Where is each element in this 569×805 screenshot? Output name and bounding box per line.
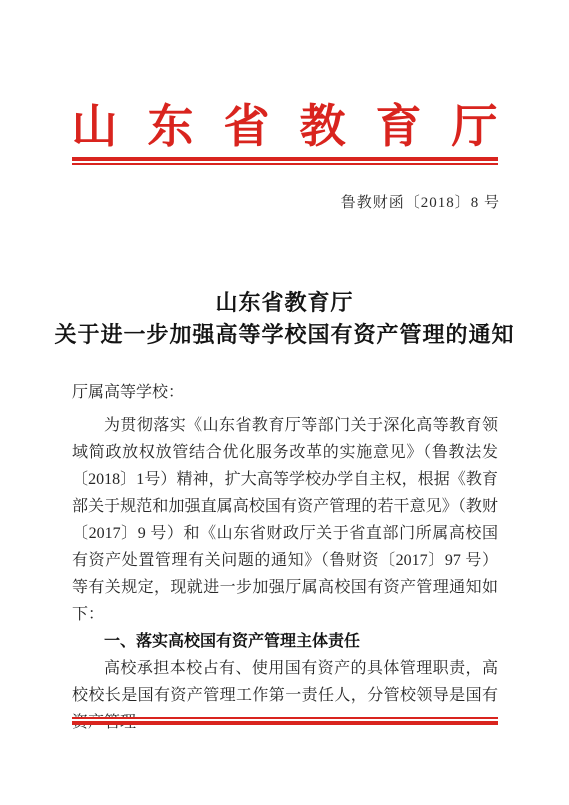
notice-title-line-2: 关于进一步加强高等学校国有资产管理的通知 [0, 319, 569, 351]
document-page: 山东省教育厅 鲁教财函〔2018〕8 号 山东省教育厅 关于进一步加强高等学校国… [0, 0, 569, 805]
section-heading: 一、落实高校国有资产管理主体责任 [72, 628, 498, 655]
doc-number: 鲁教财函〔2018〕8 号 [341, 191, 500, 212]
notice-body: 厅属高等学校： 为贯彻落实《山东省教育厅等部门关于深化高等教育领域简政放权放管结… [72, 379, 498, 736]
header-divider [72, 157, 498, 165]
footer-divider-thick-line [72, 721, 498, 725]
notice-title-line-1: 山东省教育厅 [0, 287, 569, 319]
header-divider-thin-line [72, 163, 498, 165]
salutation: 厅属高等学校： [72, 379, 498, 406]
notice-title: 山东省教育厅 关于进一步加强高等学校国有资产管理的通知 [0, 287, 569, 351]
footer-divider [72, 717, 498, 725]
agency-name: 山东省教育厅 [0, 95, 569, 159]
paragraph-1: 为贯彻落实《山东省教育厅等部门关于深化高等教育领域简政放权放管结合优化服务改革的… [72, 412, 498, 628]
